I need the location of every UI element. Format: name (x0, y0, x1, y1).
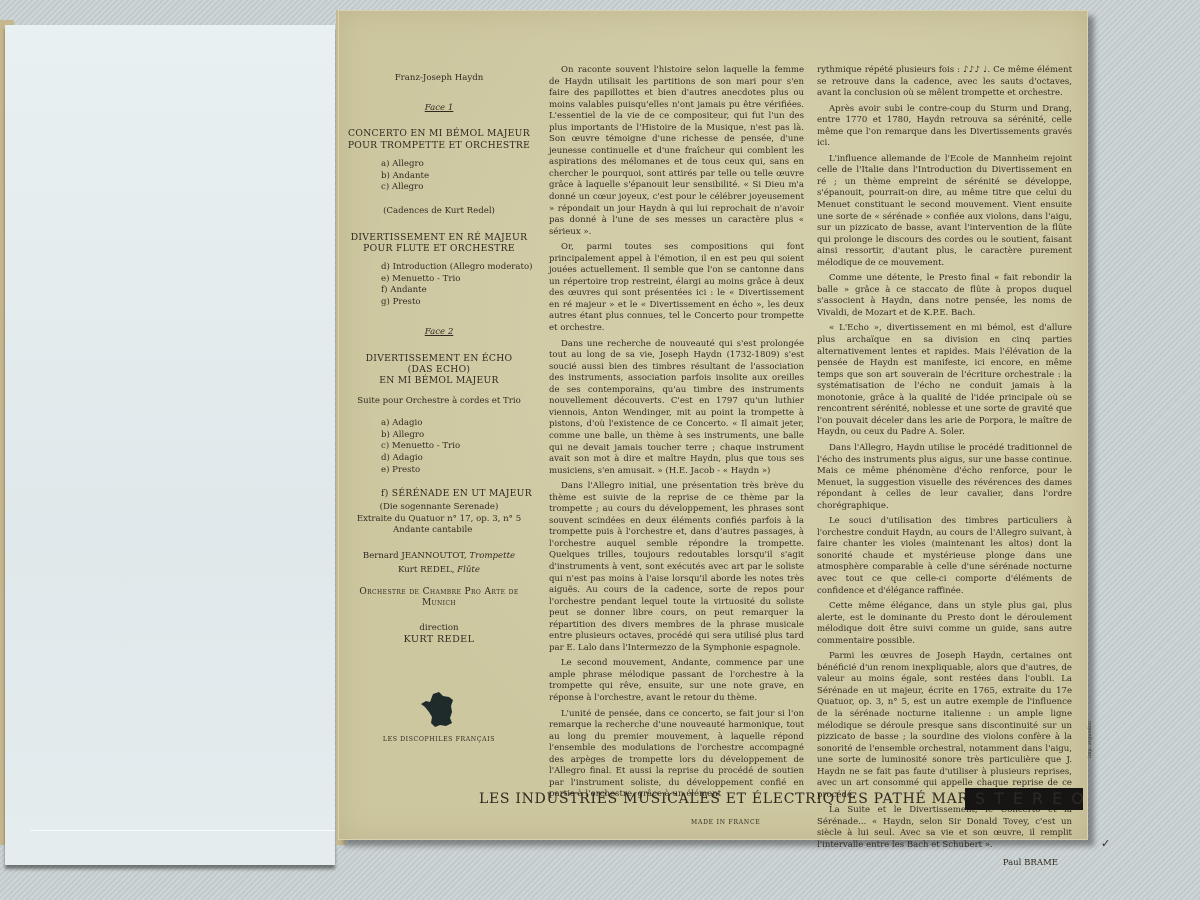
record-jacket-back: Franz-Joseph Haydn Face 1 CONCERTO EN MI… (338, 10, 1088, 840)
work-3-title: DIVERTISSEMENT EN ÉCHO (DAS ECHO) EN MI … (339, 353, 539, 387)
work-4-title: f) SÉRÉNADE EN UT MAJEUR (339, 488, 539, 500)
work-3-movements: a) Adagio b) Allegro c) Menuetto - Trio … (339, 418, 539, 477)
record-label-name: LES DISCOPHILES FRANÇAIS (339, 734, 539, 746)
liner-notes-column-2: rythmique répété plusieurs fois : ♪♪♪ ♩.… (817, 65, 1072, 869)
work-3-subtitle: Suite pour Orchestre à cordes et Trio (339, 396, 539, 408)
movement: b) Allegro (381, 430, 539, 442)
printer-credit: imp. arguedon (1087, 721, 1093, 758)
movement: c) Allegro (381, 182, 539, 194)
paragraph: La Suite et le Divertissement, le Concer… (817, 805, 1072, 851)
paragraph: Cette même élégance, dans un style plus … (817, 601, 1072, 647)
movement: a) Allegro (381, 159, 539, 171)
work-4-extract: Extraite du Quatuor n° 17, op. 3, n° 5 (339, 514, 539, 526)
check-mark-icon: ✓ (1101, 837, 1110, 850)
work-2-title: DIVERTISSEMENT EN RÉ MAJEUR POUR FLUTE E… (339, 232, 539, 254)
face-2-label: Face 2 (339, 327, 539, 339)
work-1-movements: a) Allegro b) Andante c) Allegro (339, 159, 539, 194)
performer-trumpet: Bernard JEANNOUTOT, Trompette (339, 551, 539, 563)
paragraph: « L'Echo », divertissement en mi bémol, … (817, 323, 1072, 438)
paragraph: Or, parmi toutes ses compositions qui fo… (549, 242, 804, 334)
tracklist-column: Franz-Joseph Haydn Face 1 CONCERTO EN MI… (339, 65, 539, 746)
performer-flute: Kurt REDEL, Flûte (339, 565, 539, 577)
paragraph: Après avoir subi le contre-coup du Sturm… (817, 104, 1072, 150)
orchestra-name: Orchestre de Chambre Pro Arte de Munich (339, 587, 539, 609)
paragraph: rythmique répété plusieurs fois : ♪♪♪ ♩.… (817, 65, 1072, 100)
movement: g) Presto (381, 297, 539, 309)
work-2-movements: d) Introduction (Allegro moderato) e) Me… (339, 262, 539, 309)
liner-notes-column-1: On raconte souvent l'histoire selon laqu… (549, 65, 804, 805)
sleeve-fold-line (30, 830, 335, 831)
movement: e) Menuetto - Trio (381, 274, 539, 286)
paragraph: Le second mouvement, Andante, commence p… (549, 658, 804, 704)
movement: e) Presto (381, 465, 539, 477)
author-signature: Paul BRAME (817, 858, 1072, 870)
direction-label: direction (339, 623, 539, 635)
work-1-title: CONCERTO EN MI BÉMOL MAJEUR POUR TROMPET… (339, 128, 539, 150)
paragraph: On raconte souvent l'histoire selon laqu… (549, 65, 804, 238)
movement: d) Introduction (Allegro moderato) (381, 262, 539, 274)
cadenza-note: (Cadences de Kurt Redel) (339, 206, 539, 218)
conductor-name: KURT REDEL (339, 634, 539, 646)
paragraph: Dans l'Allegro initial, une présentation… (549, 481, 804, 654)
composer-name: Franz-Joseph Haydn (339, 73, 539, 85)
work-4-subtitle: (Die sogennante Serenade) (339, 502, 539, 514)
work-4-movement: Andante cantabile (339, 525, 539, 537)
paragraph: L'influence allemande de l'Ecole de Mann… (817, 154, 1072, 269)
made-in-france: MADE IN FRANCE (691, 819, 761, 826)
paragraph: L'unité de pensée, dans ce concerto, se … (549, 709, 804, 801)
movement: d) Adagio (381, 453, 539, 465)
movement: f) Andante (381, 285, 539, 297)
france-map-logo-icon (419, 690, 459, 730)
paragraph: Le souci d'utilisation des timbres parti… (817, 516, 1072, 597)
inner-sleeve (5, 25, 335, 865)
movement: a) Adagio (381, 418, 539, 430)
paragraph: Dans l'Allegro, Haydn utilise le procédé… (817, 443, 1072, 512)
paragraph: Dans une recherche de nouveauté qui s'es… (549, 339, 804, 478)
face-1-label: Face 1 (339, 103, 539, 115)
stereo-band: STEREO (965, 788, 1083, 810)
movement: b) Andante (381, 171, 539, 183)
paragraph: Parmi les œuvres de Joseph Haydn, certai… (817, 651, 1072, 801)
movement: c) Menuetto - Trio (381, 441, 539, 453)
paragraph: Comme une détente, le Presto final « fai… (817, 273, 1072, 319)
